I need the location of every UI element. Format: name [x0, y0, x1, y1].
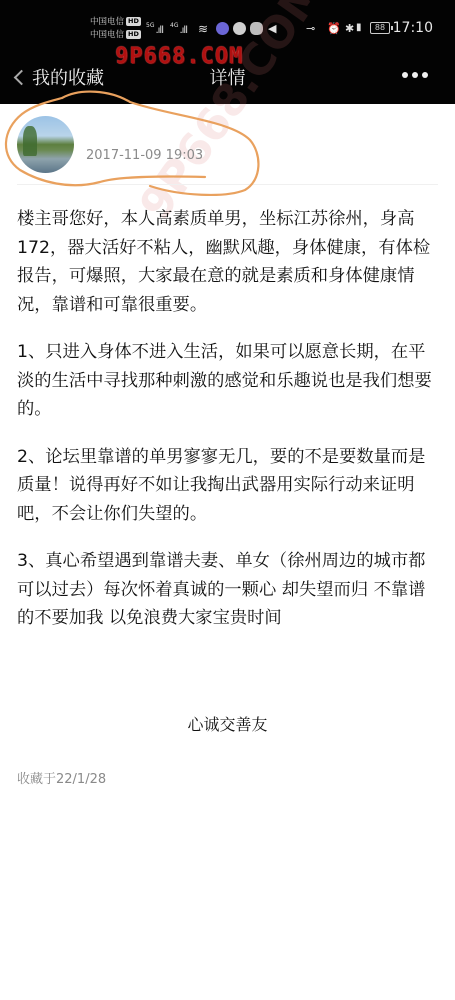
hd-badge: HD [126, 17, 141, 26]
send-icon: ◀ [268, 22, 275, 35]
post-date: 2017-11-09 19:03 [86, 148, 203, 163]
page-title: 详情 [0, 64, 455, 90]
carrier-1: 中国电信 [90, 17, 124, 27]
battery-icon: 88 [370, 22, 390, 34]
more-options-button[interactable] [402, 72, 428, 78]
carrier-info: 中国电信HD 中国电信HD [90, 16, 141, 42]
key-icon: ⊸ [306, 22, 315, 35]
carrier-2: 中国电信 [90, 30, 124, 40]
battery-small-icon: ▮ [356, 22, 362, 33]
post-author: 2017-11-09 19:03 [17, 116, 437, 186]
status-bar: 中国电信HD 中国电信HD 5G.ıll 4G.ıll ≋ ◀ ⊸ ⏰ ✱ ▮ … [0, 14, 455, 46]
top-bar: 中国电信HD 中国电信HD 5G.ıll 4G.ıll ≋ ◀ ⊸ ⏰ ✱ ▮ … [0, 0, 455, 104]
divider [17, 184, 438, 185]
hd-badge: HD [126, 30, 141, 39]
post-content: 楼主哥您好，本人高素质单男，坐标江苏徐州，身高172，器大活好不粘人，幽默风趣，… [17, 205, 437, 652]
paragraph-2: 2、论坛里靠谱的单男寥寥无几，要的不是要数量而是质量！说得再好不如让我掏出武器用… [17, 443, 437, 529]
signal-icon: 5G.ıll [146, 22, 163, 36]
app-notification-icon [233, 22, 246, 35]
signal-icon: 4G.ıll [170, 22, 187, 36]
wifi-icon: ≋ [198, 22, 207, 36]
alarm-icon: ⏰ [327, 22, 341, 35]
paragraph-intro: 楼主哥您好，本人高素质单男，坐标江苏徐州，身高172，器大活好不粘人，幽默风趣，… [17, 205, 437, 319]
paragraph-1: 1、只进入身体不进入生活，如果可以愿意长期，在平淡的生活中寻找那种刺激的感觉和乐… [17, 338, 437, 424]
clock: 17:10 [393, 20, 433, 36]
more-icon [402, 72, 408, 78]
bluetooth-icon: ✱ [345, 22, 354, 35]
navigation-bar: 我的收藏 详情 [0, 62, 455, 92]
app-notification-icon [216, 22, 229, 35]
avatar[interactable] [17, 116, 74, 173]
paragraph-3: 3、真心希望遇到靠谱夫妻、单女（徐州周边的城市都可以过去）每次怀着真诚的一颗心 … [17, 547, 437, 633]
post-signature: 心诚交善友 [0, 712, 455, 735]
wechat-icon [250, 22, 263, 35]
saved-date: 收藏于22/1/28 [17, 768, 106, 787]
